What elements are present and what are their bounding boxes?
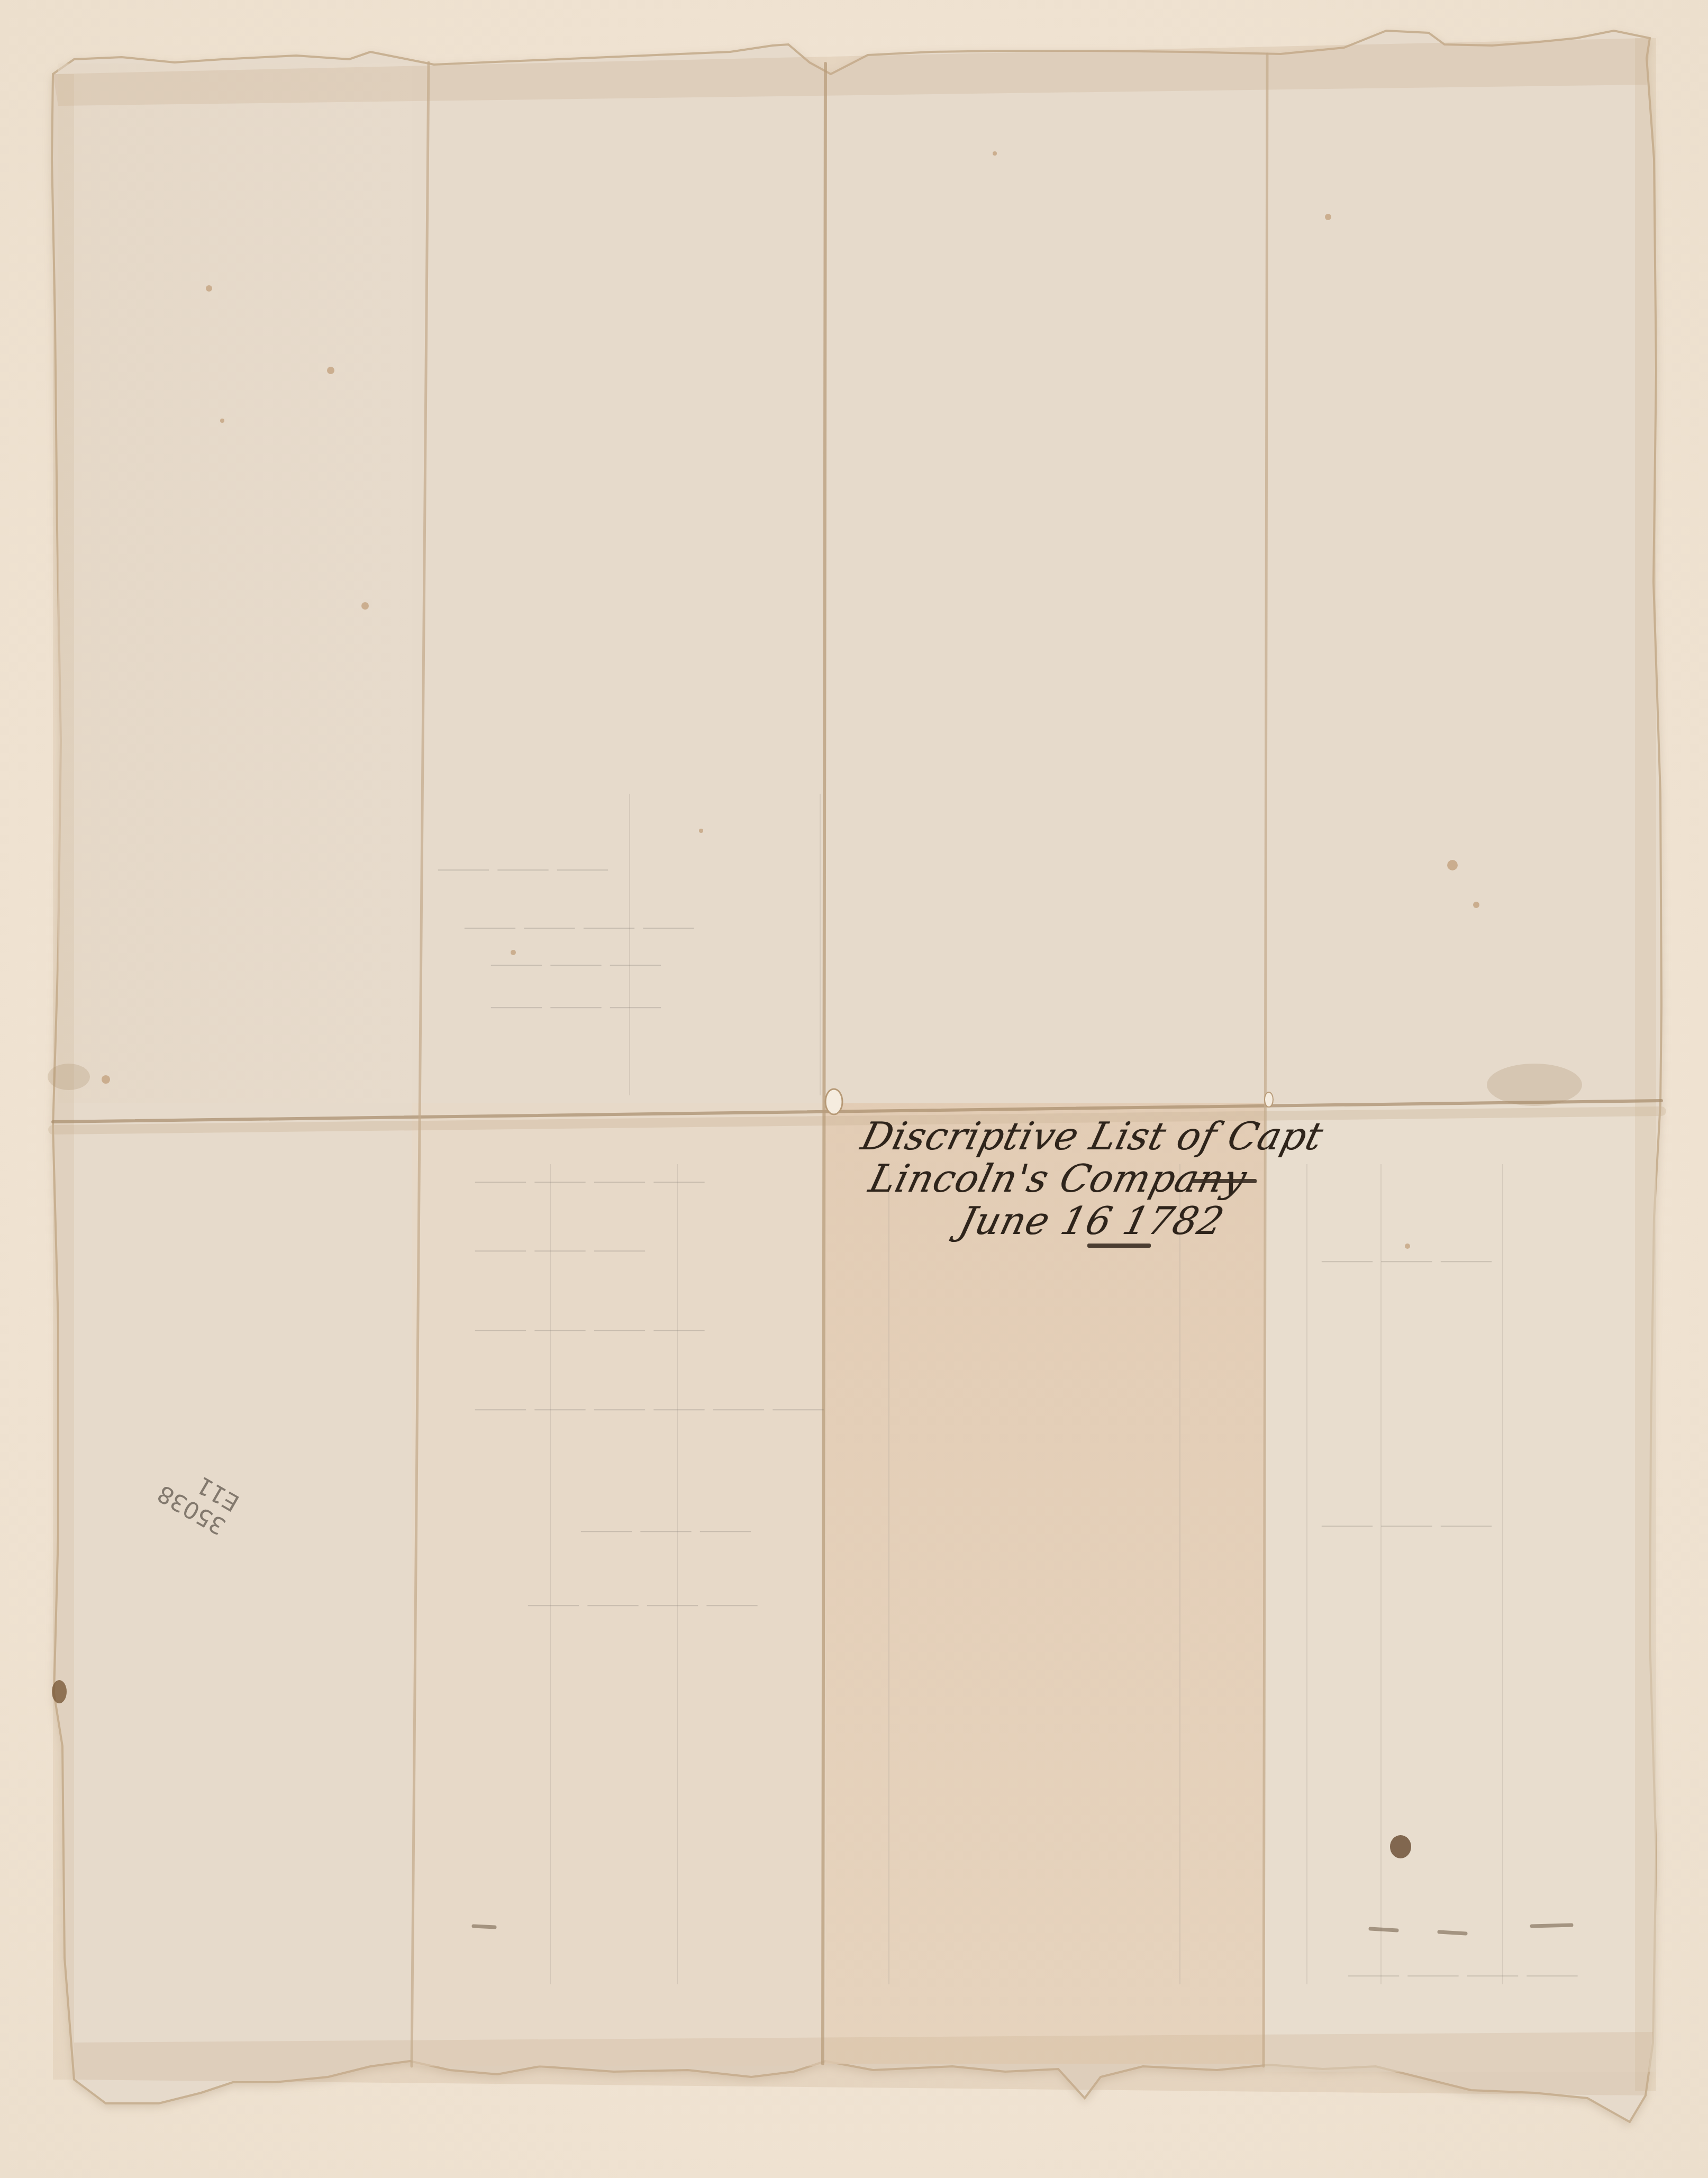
manuscript-sheet: ⸻ ⸻ ⸻ ⸻ ⸻ ⸻ ⸻ ⸻ ⸻ ⸻ ⸻ ⸻ ⸻ ⸻ ⸻ ⸻ ⸻ ⸻ ⸻ ⸻ … <box>0 0 1708 2178</box>
docket-line-1: Discriptive List of Capt <box>857 1114 1328 1158</box>
bleed-through-text: ⸻ ⸻ ⸻ <box>489 947 667 977</box>
bleed-through-text: ⸻ ⸻ ⸻ <box>1320 1244 1498 1274</box>
bleed-through-text: ⸻ ⸻ ⸻ ⸻ ⸻ ⸻ <box>473 1392 830 1422</box>
bleed-through-text: ⸻ ⸻ ⸻ <box>579 1513 757 1544</box>
docket-line-2: Lincoln's Company <box>865 1156 1252 1201</box>
ink-stain <box>1390 1835 1411 1858</box>
bleed-through-text: ⸻ ⸻ ⸻ <box>489 990 667 1020</box>
docket-line-3: June 16 1782 <box>955 1199 1229 1243</box>
fold-hole <box>825 1089 842 1114</box>
bleed-through-text: ⸻ ⸻ ⸻ ⸻ <box>462 910 700 940</box>
bleed-through-text: ⸻ ⸻ ⸻ ⸻ <box>526 1587 764 1618</box>
docket-dash <box>1191 1179 1257 1183</box>
edge-stain <box>52 1680 67 1703</box>
docket-underline <box>1087 1244 1151 1248</box>
bleed-through-text: ⸻ ⸻ ⸻ ⸻ <box>473 1164 711 1194</box>
bleed-through-text: ⸻ ⸻ ⸻ <box>1320 1508 1498 1538</box>
bleed-through-text: ⸻ ⸻ ⸻ <box>473 1233 651 1263</box>
bleed-through-text: ⸻ ⸻ ⸻ ⸻ <box>473 1312 711 1342</box>
docket-endorsement: Discriptive List of Capt Lincoln's Compa… <box>847 1114 1259 1251</box>
bleed-through-text: ⸻ ⸻ ⸻ <box>436 852 614 882</box>
bleed-through-text: ⸻ ⸻ ⸻ ⸻ <box>1346 1958 1584 1988</box>
paper-svg <box>0 0 1708 2178</box>
